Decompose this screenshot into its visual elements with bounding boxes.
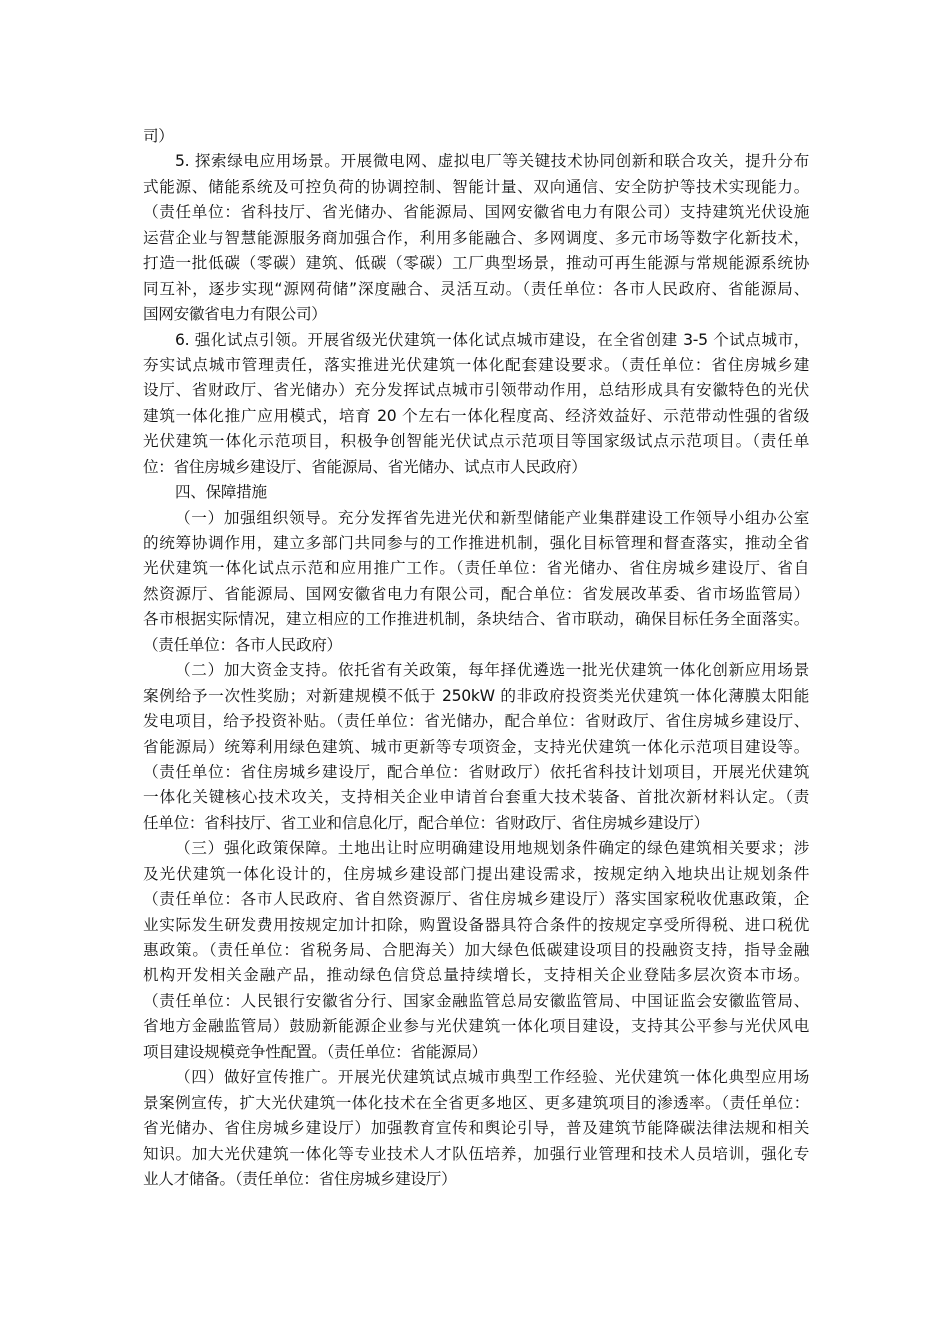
paragraph-first-line: 6. 强化试点引领。开展省级光伏建筑一体化试点城市建设，在全省创建 3-5 个试… [143, 328, 809, 353]
paragraph-first-line: （三）强化政策保障。土地出让时应明确建设用地规划条件确定的绿色建筑相关要求；涉 [143, 836, 809, 861]
text-line: 业人才储备。（责任单位：省住房城乡建设厅） [143, 1167, 809, 1192]
text-line: （责任单位：各市人民政府） [143, 633, 809, 658]
text-line: （责任单位：省住房城乡建设厅，配合单位：省财政厅）依托省科技计划项目，开展光伏建… [143, 760, 809, 785]
text-line: 国网安徽省电力有限公司） [143, 302, 809, 327]
text-line: 机构开发相关金融产品，推动绿色信贷总量持续增长，支持相关企业登陆多层次资本市场。 [143, 963, 809, 988]
text-line: 打造一批低碳（零碳）建筑、低碳（零碳）工厂典型场景，推动可再生能源与常规能源系统… [143, 251, 809, 276]
text-line: 省地方金融监管局）鼓励新能源企业参与光伏建筑一体化项目建设，支持其公平参与光伏风… [143, 1014, 809, 1039]
text-line: 一体化关键核心技术攻关，支持相关企业申请首台套重大技术装备、首批次新材料认定。（… [143, 785, 809, 810]
text-line: 省光储办、省住房城乡建设厅）加强教育宣传和舆论引导，普及建筑节能降碳法律法规和相… [143, 1116, 809, 1141]
document-page: 司）5. 探索绿电应用场景。开展微电网、虚拟电厂等关键技术协同创新和联合攻关，提… [143, 124, 809, 1192]
text-line: 设厅、省财政厅、省光储办）充分发挥试点城市引领带动作用，总结形成具有安徽特色的光… [143, 378, 809, 403]
text-line: 运营企业与智慧能源服务商加强合作，利用多能融合、多网调度、多元市场等数字化新技术… [143, 226, 809, 251]
text-line: 然资源厅、省能源局、国网安徽省电力有限公司，配合单位：省发展改革委、省市场监管局… [143, 582, 809, 607]
text-line: 案例给予一次性奖励；对新建规模不低于 250kW 的非政府投资类光伏建筑一体化薄… [143, 684, 809, 709]
text-line: 业实际发生研发费用按规定加计扣除，购置设备器具符合条件的按规定享受所得税、进口税… [143, 913, 809, 938]
text-line: 惠政策。（责任单位：省税务局、合肥海关）加大绿色低碳建设项目的投融资支持，指导金… [143, 938, 809, 963]
paragraph-first-line: 四、保障措施 [143, 480, 809, 505]
text-line: 省能源局）统筹利用绿色建筑、城市更新等专项资金，支持光伏建筑一体化示范项目建设等… [143, 735, 809, 760]
text-line: 位：省住房城乡建设厅、省能源局、省光储办、试点市人民政府） [143, 455, 809, 480]
paragraph-first-line: 5. 探索绿电应用场景。开展微电网、虚拟电厂等关键技术协同创新和联合攻关，提升分… [143, 149, 809, 174]
text-line: 夯实试点城市管理责任，落实推进光伏建筑一体化配套建设要求。（责任单位：省住房城乡… [143, 353, 809, 378]
paragraph-first-line: （二）加大资金支持。依托省有关政策，每年择优遴选一批光伏建筑一体化创新应用场景 [143, 658, 809, 683]
text-line: 光伏建筑一体化试点示范和应用推广工作。（责任单位：省光储办、省住房城乡建设厅、省… [143, 556, 809, 581]
text-line: 的统筹协调作用，建立多部门共同参与的工作推进机制，强化目标管理和督查落实，推动全… [143, 531, 809, 556]
text-line: 景案例宣传，扩大光伏建筑一体化技术在全省更多地区、更多建筑项目的渗透率。（责任单… [143, 1091, 809, 1116]
text-line: 发电项目，给予投资补贴。（责任单位：省光储办，配合单位：省财政厅、省住房城乡建设… [143, 709, 809, 734]
text-line: 项目建设规模竞争性配置。（责任单位：省能源局） [143, 1040, 809, 1065]
text-line: （责任单位：各市人民政府、省自然资源厅、省住房城乡建设厅）落实国家税收优惠政策，… [143, 887, 809, 912]
text-line: 及光伏建筑一体化设计的，住房城乡建设部门提出建设需求，按规定纳入地块出让规划条件 [143, 862, 809, 887]
text-line: 各市根据实际情况，建立相应的工作推进机制，条块结合、省市联动，确保目标任务全面落… [143, 607, 809, 632]
text-line: 式能源、储能系统及可控负荷的协调控制、智能计量、双向通信、安全防护等技术实现能力… [143, 175, 809, 200]
text-line: 知识。加大光伏建筑一体化等专业技术人才队伍培养，加强行业管理和技术人员培训，强化… [143, 1142, 809, 1167]
text-line: 建筑一体化推广应用模式，培育 20 个左右一体化程度高、经济效益好、示范带动性强… [143, 404, 809, 429]
text-line: （责任单位：省科技厅、省光储办、省能源局、国网安徽省电力有限公司）支持建筑光伏设… [143, 200, 809, 225]
text-line: 司） [143, 124, 809, 149]
text-line: 光伏建筑一体化示范项目，积极争创智能光伏试点示范项目等国家级试点示范项目。（责任… [143, 429, 809, 454]
text-line: 任单位：省科技厅、省工业和信息化厅，配合单位：省财政厅、省住房城乡建设厅） [143, 811, 809, 836]
text-line: （责任单位：人民银行安徽省分行、国家金融监管总局安徽监管局、中国证监会安徽监管局… [143, 989, 809, 1014]
paragraph-first-line: （一）加强组织领导。充分发挥省先进光伏和新型储能产业集群建设工作领导小组办公室 [143, 506, 809, 531]
text-line: 同互补，逐步实现“源网荷储”深度融合、灵活互动。（责任单位：各市人民政府、省能源… [143, 277, 809, 302]
paragraph-first-line: （四）做好宣传推广。开展光伏建筑试点城市典型工作经验、光伏建筑一体化典型应用场 [143, 1065, 809, 1090]
